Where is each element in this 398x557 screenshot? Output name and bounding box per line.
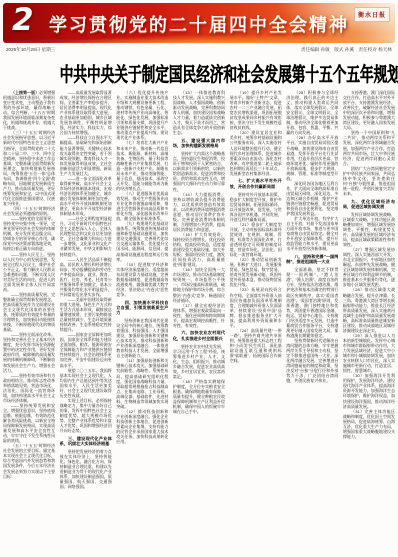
body-paragraph: （22）推动贸易创新发展。积极扩大进口，发展服务贸易、绿色贸易、数字贸易，培育外…	[230, 257, 282, 287]
body-paragraph: 坚持农业农村优先发展，学习运用“千万工程”经验，统筹推进乡村产业、人才、文化、生…	[173, 344, 225, 379]
body-paragraph: 坚持扩大内需这个战略基点，坚持惠民生和促消费、投资于物和投资于人紧密结合，以新需…	[173, 151, 225, 191]
body-paragraph: 坚持贯彻新时代党解决台湾问题的总体方略，牢牢把握两岸关系主导权和主动权，坚定不移…	[286, 338, 338, 383]
body-paragraph: （18）严格落实耕地保护制度，全方位夯实粮食安全根基。确保耕地数量有保障、质量有…	[173, 379, 225, 414]
section-heading: 七、扩大高水平对外开放，开创合作共赢新局面	[230, 178, 282, 189]
body-paragraph: 团结广大台湾同胞坚定守护中华民族共同家园，共同弘扬中华文化，坚决挫败任何“台独”…	[343, 166, 395, 196]
body-paragraph: （12）推动科技创新和产业创新深度融合。强化企业科技创新主体地位，促进创新要素向…	[116, 409, 168, 444]
newspaper-masthead-logo: 衡水日报	[354, 7, 390, 22]
body-paragraph: ——坚持人民至上。坚持以人民为中心的发展思想，发展全过程人民民主，维护社会公平正…	[3, 252, 55, 292]
body-paragraph: 深化同各国各地区互利合作，扩大面向全球的高标准自由贸易区网络，深化双边、多边和区…	[286, 181, 338, 216]
body-paragraph: （三）“十五五”时期经济社会发展指导思想。以习近平新时代中国特色社会主义思想为指…	[3, 130, 55, 206]
body-paragraph: （七）培育壮大新兴产业和未来产业。推动新一代信息技术、新能源、新材料、高端装备、…	[116, 140, 168, 190]
body-paragraph: ——坚持有效市场和有为政府相结合。推动标志性改革举措落地见效，营造市场化、法治化…	[3, 373, 55, 403]
body-paragraph: （26）办好高水平开放平台。实施自由贸易试验区提升战略，加快建设海南自由贸易港，…	[286, 135, 338, 180]
body-paragraph: （六）优化提升传统产业。实施制造业重大技术改造升级和大规模设备更新工程，推动钢铁…	[116, 90, 168, 140]
body-paragraph: 坚持对外开放基本国策，稳步扩大制度型开放，维护多边贸易体制，拓展国际循环，以开放…	[230, 192, 282, 222]
body-paragraph: （25）积极参与全球经济治理。践行真正的多边主义，推动构建人类命运共同体，落实全…	[286, 90, 338, 135]
newspaper-page: 2 学习贯彻党的二十届四中全会精神 衡水日报 2025年10月29日 星期三 责…	[0, 0, 398, 557]
section-heading: 三、建设现代化产业体系，巩固壮大实体经济根基	[60, 436, 112, 447]
body-paragraph: （14）大力提振消费。坚持以增收减负提升消费能力，以优质供给创造有效需求，以改善…	[173, 192, 225, 232]
body-paragraph: ——坚持高质量发展。完整准确全面贯彻新发展理念，把高质量发展作为全面建设社会主义…	[3, 292, 55, 332]
body-paragraph: ——人民生活品质不断提高。居民收入增长和经济增长同步，劳动报酬提高和劳动生产率提…	[60, 257, 112, 297]
section-heading: 九、优化区域经济布局，促进区域协调发展	[343, 199, 395, 210]
body-paragraph: （24）高质量共建“一带一路”。坚持共商共建共享原则，统筹推进重大标志性工程和“…	[230, 328, 282, 363]
date-text: 2025年10月29日 星期三	[6, 47, 55, 53]
text-column: 支持香港、澳门深化国际交往合作，打造高水平对外开放平台，支持港澳发展经济、改善民…	[343, 90, 395, 545]
body-paragraph: （四）“十五五”时期经济社会发展必须遵循的原则。	[3, 206, 55, 216]
body-paragraph: ——科技自立自强水平大幅提高。基础研究和原始创新能力显著增强，关键核心技术攻关取…	[60, 135, 112, 175]
dateline-row: 2025年10月29日 星期三 责任编辑 孙敏 版式 孙溪 责任校对 杨天林	[6, 47, 392, 53]
body-paragraph: （五）“十五五”时期经济社会发展的主要目标。锚定基本实现社会主义现代化目标，综合…	[3, 443, 55, 478]
body-paragraph: 坚持把发展经济的着力点放在实体经济上，坚持智能化、绿色化、融合化方向，保持制造业…	[60, 449, 112, 489]
body-paragraph: 支持香港、澳门深化国际交往合作，打造高水平对外开放平台，支持港澳发展经济、改善民…	[343, 90, 395, 130]
body-paragraph: （23）拓展双向投资合作空间。全面落实外资准入前国民待遇加负面清单管理制度，合理…	[230, 287, 282, 327]
text-column: （上接第一版）必须增强机遇意识和忧患意识，积极识变应变求变，主动塑造于我有利的外…	[3, 90, 55, 545]
text-column: （13）一体推进教育科技人才发展。深入实施科教兴国战略、人才强国战略、创新驱动发…	[173, 90, 225, 545]
body-paragraph: （19）提升乡村产业发展水平。做好“土特产”文章，培育乡村新产业新业态，促进农村…	[230, 90, 282, 130]
body-paragraph: （13）一体推进教育科技人才发展。深入实施科教兴国战略、人才强国战略、创新驱动发…	[173, 90, 225, 135]
body-paragraph: （20）建设宜居宜业和美乡村。统筹乡村基础设施和公共服务布局，深入实施农村人居环…	[230, 130, 282, 175]
text-column: （19）提升乡村产业发展水平。做好“土特产”文章，培育乡村新产业新业态，促进农村…	[230, 90, 282, 545]
text-column: （六）优化提升传统产业。实施制造业重大技术改造升级和大规模设备更新工程，推动钢铁…	[116, 90, 168, 545]
body-paragraph: 展望二〇三五年，我国将基本实现社会主义现代化，人均国内生产总值达到中等发达国家水…	[60, 368, 112, 398]
body-paragraph: （27）增强区域发展协调性。深入实施西部大开发、东北全面振兴、中部地区加快崛起、…	[343, 247, 395, 287]
body-paragraph: ——坚持统筹发展和安全。增强忧患意识，坚持底线思维、极限思维，有效防范化解各类风…	[3, 403, 55, 443]
body-paragraph: （29）深入推进以人为本的新型城镇化。发挥中心城市和城市群辐射带动作用，大力发展…	[343, 333, 395, 373]
staff-credits: 责任编辑 孙敏 版式 孙溪 责任校对 杨天林	[301, 47, 392, 53]
body-paragraph: ——高质量发展取得显著成效。经济增长保持在合理区间，全要素生产率稳步提升，居民消…	[60, 90, 112, 135]
body-paragraph: （15）扩大有效投资。保持投资合理增长，优化投资结构，提高投资效益，适度超前建设…	[173, 232, 225, 267]
body-paragraph: （10）促进数字经济和实体经济深度融合。适度超前布局建设算力基础设施，完善数据基…	[116, 262, 168, 297]
body-paragraph: 实现上述目标，必须保持战略定力，集中力量办好自己的事，发挥中国特色社会主义制度优…	[60, 398, 112, 433]
body-paragraph: 坚持创新在我国现代化建设全局中的核心地位，统筹教育强国、科技强国、人才强国建设，…	[116, 318, 168, 358]
body-paragraph: 扩大单边开放，有序扩大自主开放，对最不发达国家单方面开放市场，推进与更多国家商签…	[286, 216, 338, 251]
body-paragraph: （30）加强海洋开发利用保护。发展海洋经济，建设现代海洋产业体系，提高海洋资源开…	[343, 373, 395, 408]
article-headline: 中共中央关于制定国民经济和社会发展第十五个五年规划的建议	[60, 59, 339, 87]
continued-from-page-one-marker: （上接第一版）	[11, 90, 39, 95]
body-paragraph: （28）推动区域重大战略融合发展。提升京津冀、长三角、粤港澳大湾区等增长极辐射带…	[343, 287, 395, 332]
body-paragraph: ——进一步全面深化改革取得新突破。高水平社会主义市场经济体制基本建成，宏观经济治…	[60, 176, 112, 216]
section-heading: 四、加快高水平科技自立自强，引领发展新质生产力	[116, 300, 168, 316]
section-heading: 五、建设强大国内市场，加快构建新发展格局	[173, 138, 225, 149]
banner-title: 学习贯彻党的二十届四中全会精神	[3, 11, 395, 37]
body-paragraph: （16）加快全国统一大市场建设。推动市场基础制度规则统一、市场监管公平统一、市场…	[173, 267, 225, 302]
body-paragraph: 坚持一个中国原则和“九二共识”，推动两岸关系和平发展，深化两岸各领域融合发展，加…	[343, 130, 395, 165]
body-paragraph: 发挥区域协调发展战略、区域重大战略、主体功能区战略叠加效应，增强区域发展协调性、…	[343, 212, 395, 247]
body-paragraph: ——社会文明程度明显提升。习近平新时代中国特色社会主义思想深入人心，全体人民理想…	[60, 216, 112, 256]
body-paragraph: ——国家安全屏障更加巩固。国家安全体系和能力建设全面加强，粮食、能源资源安全保障…	[60, 332, 112, 367]
section-heading: 八、坚持和完善“一国两制”，推进祖国统一大业	[286, 254, 338, 265]
article-body: （上接第一版）必须增强机遇意识和忧患意识，积极识变应变求变，主动塑造于我有利的外…	[3, 90, 395, 545]
section-heading: 六、加快农业农村现代化，扎实推进乡村全面振兴	[173, 330, 225, 341]
body-paragraph: ——坚持全面深化改革。坚持和完善社会主义基本经济制度，充分发挥市场在资源配置中的…	[3, 332, 55, 372]
body-paragraph: （11）加强原始创新和关键核心技术攻关。加强基础研究前瞻性、战略性、系统性布局，…	[116, 358, 168, 408]
body-paragraph: （上接第一版）必须增强机遇意识和忧患意识，积极识变应变求变，主动塑造于我有利的外…	[3, 90, 55, 130]
text-column: ——高质量发展取得显著成效。经济增长保持在合理区间，全要素生产率稳步提升，居民消…	[60, 90, 112, 545]
body-paragraph: （21）稳步扩大制度型开放。主动对接国际高标准经贸规则，在规则、规制、管理、标准…	[230, 222, 282, 257]
body-paragraph: （八）促进服务业优质高效发展。推动生产性服务业向专业化和价值链高端延伸，推进生活…	[116, 191, 168, 221]
body-paragraph: （31）完善主体功能区战略和制度，优化国土空间发展格局，促进陆海统筹、山海互济，…	[343, 409, 395, 439]
page-banner: 2 学习贯彻党的二十届四中全会精神 衡水日报	[3, 3, 395, 43]
body-paragraph: （九）构建现代化基础设施体系。统筹推进传统基础设施和新型基础设施建设，加快建设交…	[116, 221, 168, 261]
body-paragraph: ——美丽中国建设取得新的重大进展。绿色生产方式和生活方式基本形成，碳排放总量增速…	[60, 297, 112, 332]
body-paragraph: ——坚持党的全面领导。坚持党中央集中统一领导，完善党领导经济社会发展的体制机制，…	[3, 216, 55, 251]
body-paragraph: 全面准确、坚定不移贯彻“一国两制”、“港人治港”、“澳人治澳”、高度自治的方针，…	[286, 267, 338, 338]
body-paragraph: （17）健全宏观经济治理体系。增强宏观政策取向一致性，强化逆周期和跨周期调节，提…	[173, 303, 225, 328]
text-column: （25）积极参与全球经济治理。践行真正的多边主义，推动构建人类命运共同体，落实全…	[286, 90, 338, 545]
